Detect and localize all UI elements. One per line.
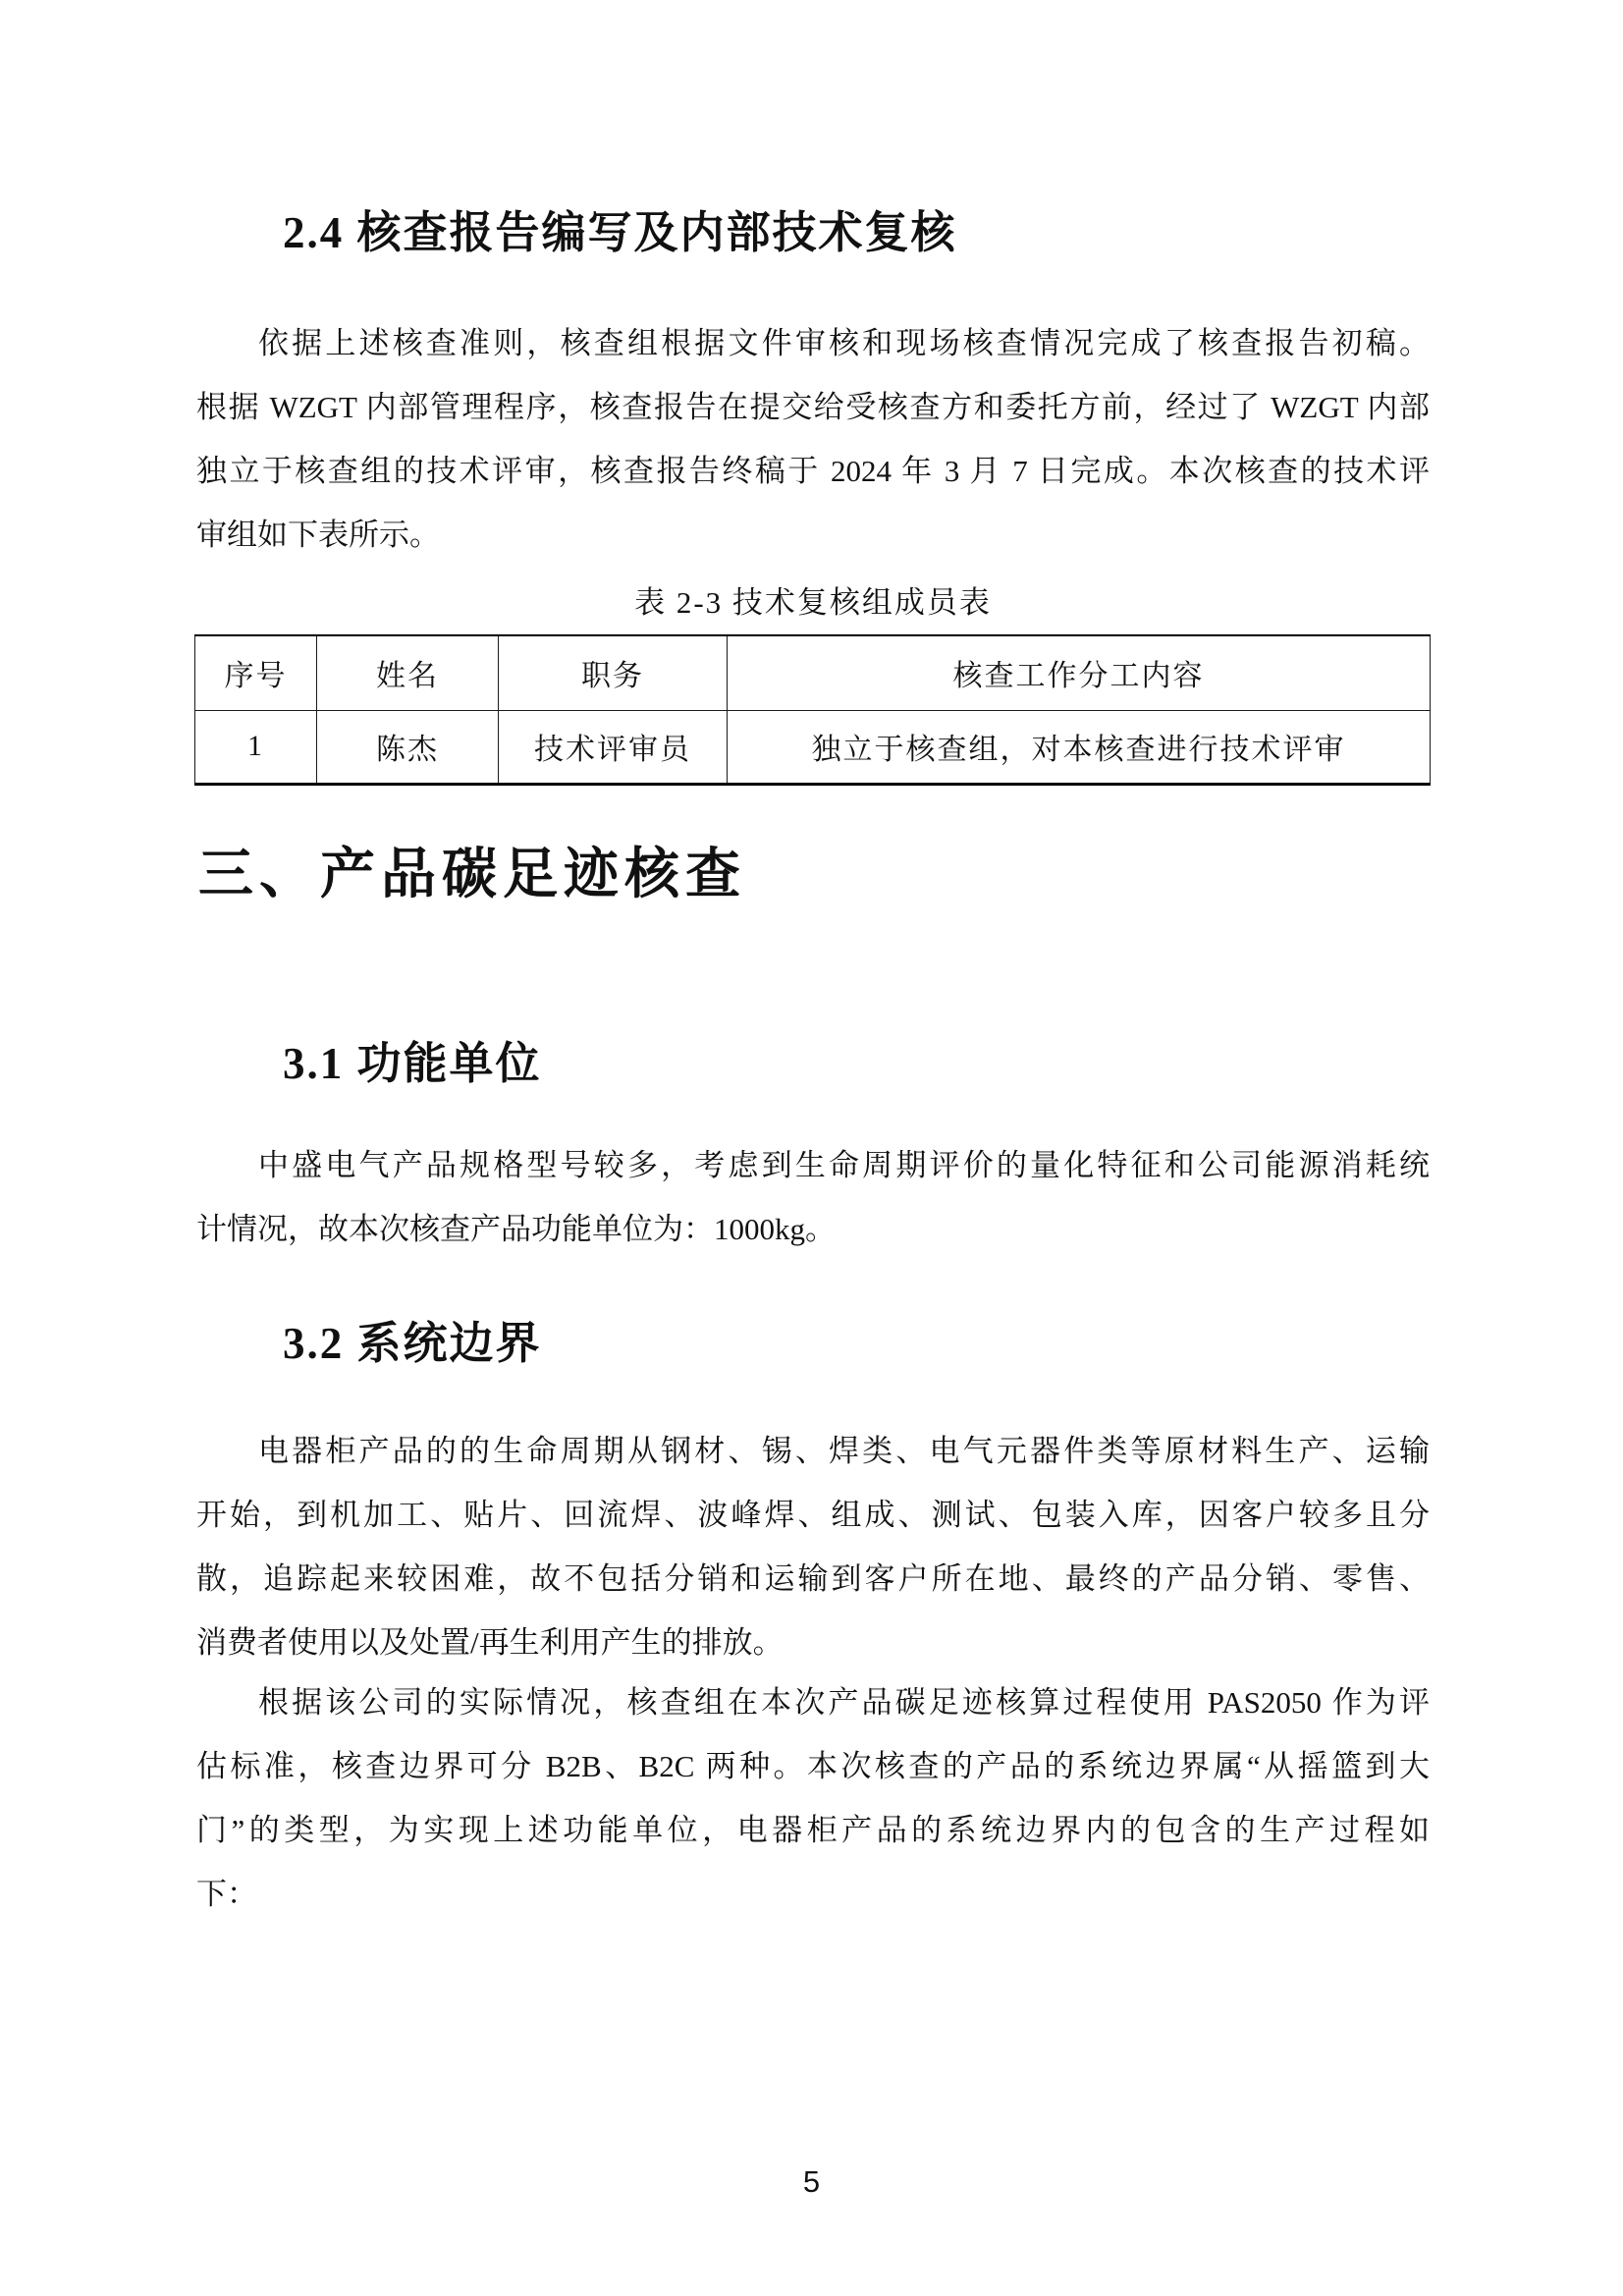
technical-review-members-table: 序号 姓名 职务 核查工作分工内容 1 陈杰 技术评审员 独立于核查组，对本核查… xyxy=(194,634,1431,786)
paragraph-line: 中盛电气产品规格型号较多，考虑到生命周期评价的量化特征和公司能源消耗统 xyxy=(196,1133,1430,1197)
table-header-cell: 职务 xyxy=(499,635,728,710)
paragraph-line: 散，追踪起来较困难，故不包括分销和运输到客户所在地、最终的产品分销、零售、 xyxy=(196,1547,1430,1611)
section-heading-3-2: 3.2 系统边界 xyxy=(283,1307,542,1371)
paragraph-2-4: 依据上述核查准则，核查组根据文件审核和现场核查情况完成了核查报告初稿。 根据 W… xyxy=(196,311,1430,567)
table-cell-duty: 独立于核查组，对本核查进行技术评审 xyxy=(728,710,1431,784)
paragraph-line: 开始，到机加工、贴片、回流焊、波峰焊、组成、测试、包装入库，因客户较多且分 xyxy=(196,1483,1430,1547)
section-heading-2-4: 2.4 核查报告编写及内部技术复核 xyxy=(283,196,957,260)
paragraph-line: 计情况，故本次核查产品功能单位为：1000kg。 xyxy=(196,1197,1430,1261)
table-row: 1 陈杰 技术评审员 独立于核查组，对本核查进行技术评审 xyxy=(195,710,1431,784)
table-cell-index: 1 xyxy=(195,710,317,784)
table-cell-role: 技术评审员 xyxy=(499,710,728,784)
paragraph-line: 审组如下表所示。 xyxy=(196,503,1430,567)
paragraph-line: 下： xyxy=(196,1862,1430,1926)
table-header-cell: 姓名 xyxy=(317,635,499,710)
paragraph-3-1: 中盛电气产品规格型号较多，考虑到生命周期评价的量化特征和公司能源消耗统 计情况，… xyxy=(196,1133,1430,1261)
paragraph-line: 根据 WZGT 内部管理程序，核查报告在提交给受核查方和委托方前，经过了 WZG… xyxy=(196,375,1430,439)
paragraph-line: 估标准，核查边界可分 B2B、B2C 两种。本次核查的产品的系统边界属“从摇篮到… xyxy=(196,1734,1430,1798)
chapter-heading-3: 三、产品碳足迹核查 xyxy=(198,831,746,909)
paragraph-3-2-b: 根据该公司的实际情况，核查组在本次产品碳足迹核算过程使用 PAS2050 作为评… xyxy=(196,1670,1430,1926)
paragraph-line: 独立于核查组的技术评审，核查报告终稿于 2024 年 3 月 7 日完成。本次核… xyxy=(196,439,1430,503)
table-cell-name: 陈杰 xyxy=(317,710,499,784)
paragraph-line: 电器柜产品的的生命周期从钢材、锡、焊类、电气元器件类等原材料生产、运输 xyxy=(196,1419,1430,1483)
table-header-cell: 核查工作分工内容 xyxy=(728,635,1431,710)
table-header-row: 序号 姓名 职务 核查工作分工内容 xyxy=(195,635,1431,710)
paragraph-3-2-a: 电器柜产品的的生命周期从钢材、锡、焊类、电气元器件类等原材料生产、运输 开始，到… xyxy=(196,1419,1430,1674)
paragraph-line: 消费者使用以及处置/再生利用产生的排放。 xyxy=(196,1611,1430,1674)
table-header-cell: 序号 xyxy=(195,635,317,710)
paragraph-line: 依据上述核查准则，核查组根据文件审核和现场核查情况完成了核查报告初稿。 xyxy=(196,311,1430,375)
section-heading-3-1: 3.1 功能单位 xyxy=(283,1027,542,1091)
table-caption: 表 2-3 技术复核组成员表 xyxy=(196,577,1430,622)
paragraph-line: 根据该公司的实际情况，核查组在本次产品碳足迹核算过程使用 PAS2050 作为评 xyxy=(196,1670,1430,1734)
paragraph-line: 门”的类型，为实现上述功能单位，电器柜产品的系统边界内的包含的生产过程如 xyxy=(196,1798,1430,1862)
document-page: 2.4 核查报告编写及内部技术复核 依据上述核查准则，核查组根据文件审核和现场核… xyxy=(0,0,1623,2296)
page-number: 5 xyxy=(0,2164,1623,2200)
